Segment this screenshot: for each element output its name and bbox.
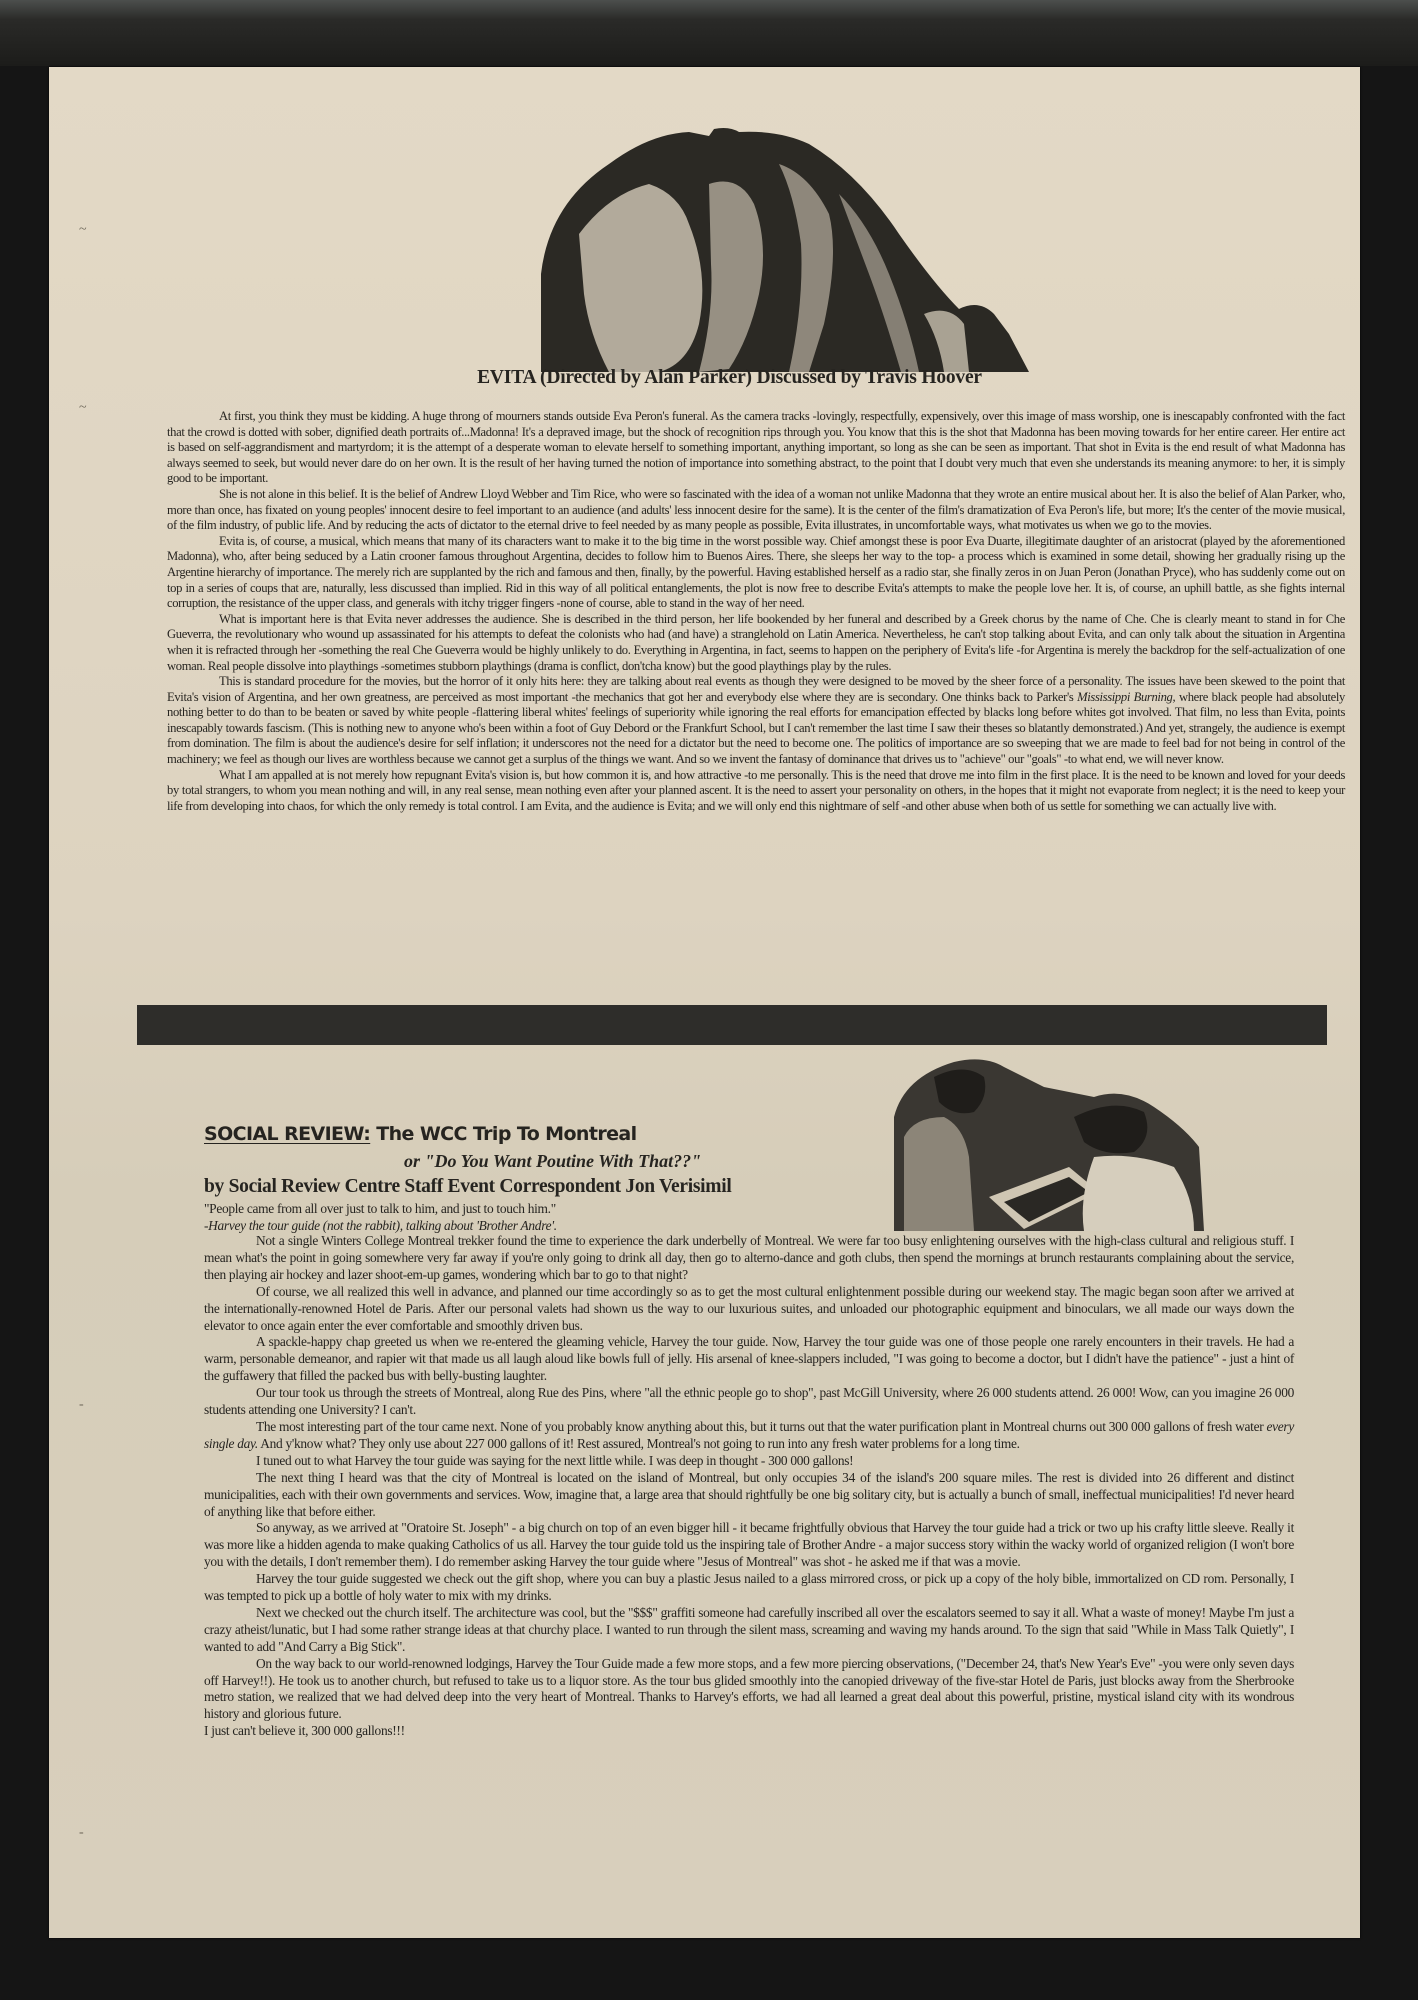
newspaper-page: ~ ~ - - EVITA (Directed by Alan Parker) … xyxy=(49,67,1360,1938)
social-paragraph: A spackle-happy chap greeted us when we … xyxy=(204,1334,1294,1385)
evita-paragraph: She is not alone in this belief. It is t… xyxy=(167,487,1345,534)
social-paragraph: On the way back to our world-renowned lo… xyxy=(204,1656,1294,1724)
evita-paragraph: What is important here is that Evita nev… xyxy=(167,612,1345,674)
margin-mark: ~ xyxy=(79,400,87,416)
social-paragraph: Not a single Winters College Montreal tr… xyxy=(204,1233,1294,1284)
text-run: And y'know what? They only use about 227… xyxy=(258,1436,1020,1451)
evita-portrait-image xyxy=(539,124,1033,372)
social-paragraph: Next we checked out the church itself. T… xyxy=(204,1605,1294,1656)
article-title: The WCC Trip To Montreal xyxy=(376,1123,636,1145)
epigraph-attribution: -Harvey the tour guide (not the rabbit),… xyxy=(204,1217,1004,1234)
article-byline: by Social Review Centre Staff Event Corr… xyxy=(204,1176,1004,1198)
evita-paragraph: At first, you think they must be kidding… xyxy=(167,409,1345,487)
social-closing-line: I just can't believe it, 300 000 gallons… xyxy=(204,1723,1294,1740)
social-paragraph: Harvey the tour guide suggested we check… xyxy=(204,1571,1294,1605)
epigraph-quote: "People came from all over just to talk … xyxy=(204,1200,1004,1217)
scanner-background xyxy=(0,0,1418,66)
evita-paragraph: Evita is, of course, a musical, which me… xyxy=(167,534,1345,612)
social-paragraph: So anyway, as we arrived at "Oratoire St… xyxy=(204,1520,1294,1571)
social-paragraph: I tuned out to what Harvey the tour guid… xyxy=(204,1453,1294,1470)
film-title-italic: Mississippi Burning, xyxy=(1077,690,1175,704)
margin-mark: ~ xyxy=(79,222,87,238)
evita-headline: EVITA (Directed by Alan Parker) Discusse… xyxy=(49,367,1360,389)
social-paragraph: Of course, we all realized this well in … xyxy=(204,1284,1294,1335)
social-review-header: SOCIAL REVIEW: The WCC Trip To Montreal … xyxy=(204,1123,1004,1234)
article-subtitle: or "Do You Want Poutine With That??" xyxy=(404,1151,1004,1172)
evita-paragraph: This is standard procedure for the movie… xyxy=(167,674,1345,768)
margin-mark: - xyxy=(79,1825,84,1841)
social-paragraph: Our tour took us through the streets of … xyxy=(204,1385,1294,1419)
social-paragraph: The next thing I heard was that the city… xyxy=(204,1470,1294,1521)
section-divider-bar xyxy=(137,1005,1327,1045)
section-kicker: SOCIAL REVIEW: xyxy=(204,1123,370,1145)
social-review-headline: SOCIAL REVIEW: The WCC Trip To Montreal xyxy=(204,1123,1004,1145)
text-run: The most interesting part of the tour ca… xyxy=(256,1419,1267,1434)
evita-body: At first, you think they must be kidding… xyxy=(167,409,1345,814)
margin-mark: - xyxy=(79,1397,84,1413)
social-review-body: Not a single Winters College Montreal tr… xyxy=(204,1233,1294,1740)
social-paragraph: The most interesting part of the tour ca… xyxy=(204,1419,1294,1453)
evita-paragraph: What I am appalled at is not merely how … xyxy=(167,768,1345,815)
